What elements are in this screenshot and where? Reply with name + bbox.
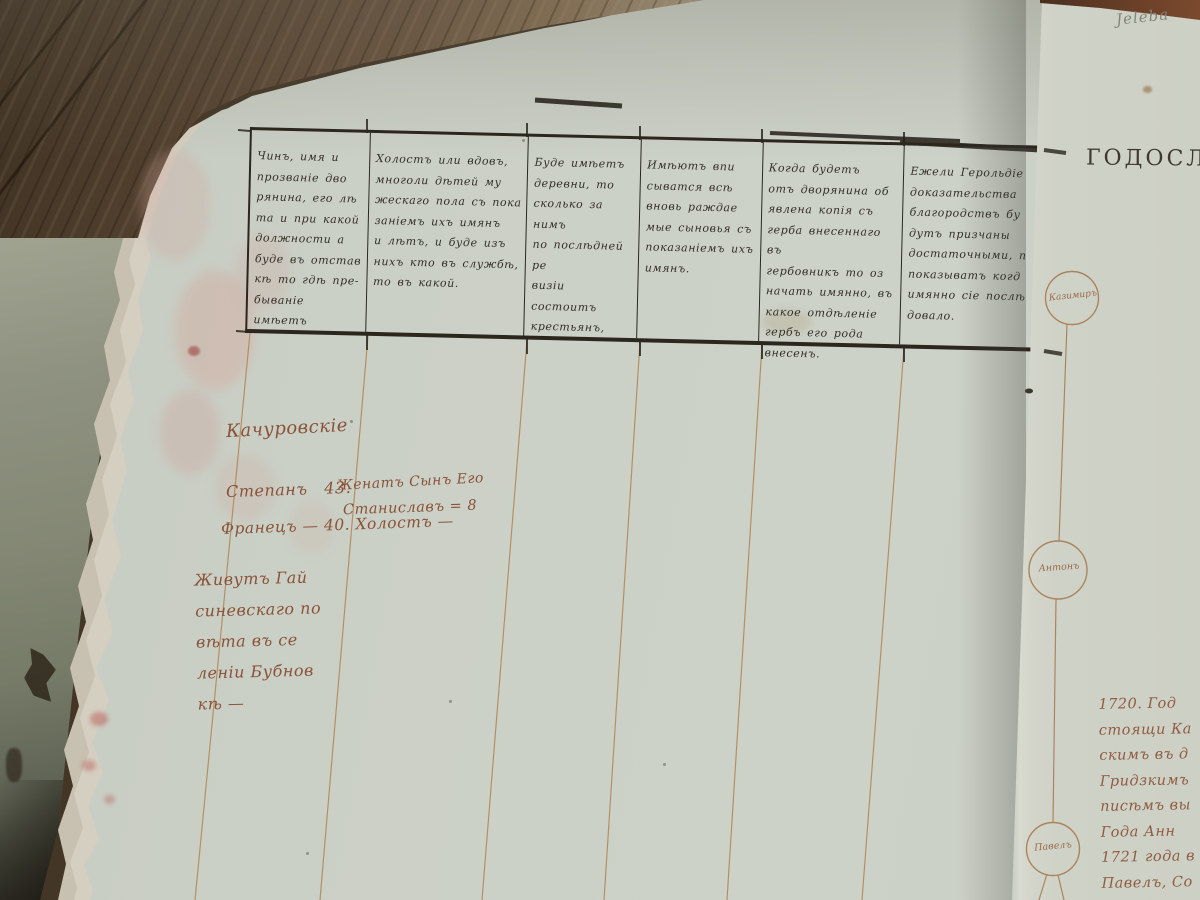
genealogy-notes-fragment: 1720. Год стоящи Ка скимъ въ д Гридзкимъ… [1098, 691, 1200, 900]
photo-of-archival-document: Чинъ, имя и прозваніе дво рянина, его лѣ… [0, 0, 1200, 900]
genealogy-tree-layer [0, 0, 1200, 900]
brown-spot [1143, 86, 1152, 93]
genealogy-title-fragment: ГОДОСЛО [1086, 145, 1200, 171]
binding-stitch-mark [1025, 389, 1033, 394]
